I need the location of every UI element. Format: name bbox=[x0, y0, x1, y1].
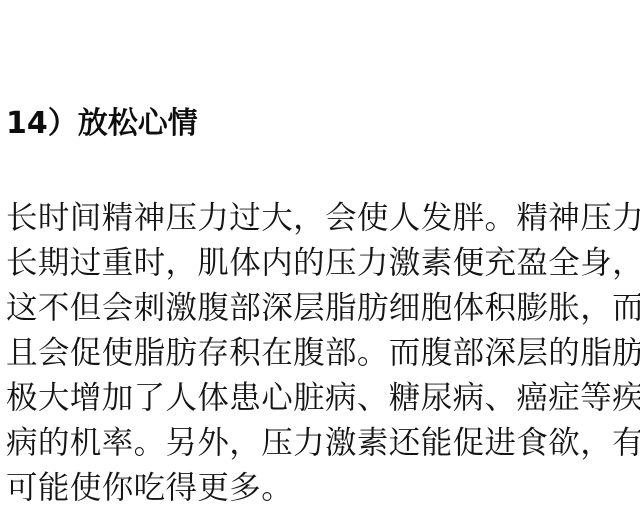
paragraph-line: 且会促使脂肪存积在腹部。而腹部深层的脂肪 bbox=[6, 331, 640, 376]
paragraph-line: 这不但会刺激腹部深层脂肪细胞体积膨胀，而 bbox=[6, 286, 640, 331]
paragraph-line: 可能使你吃得更多。 bbox=[6, 466, 640, 511]
section-heading: 14）放松心情 bbox=[6, 104, 198, 144]
paragraph-line: 病的机率。另外，压力激素还能促进食欲，有 bbox=[6, 421, 640, 466]
paragraph-line: 长时间精神压力过大，会使人发胖。精神压力 bbox=[6, 196, 640, 241]
paragraph-line: 极大增加了人体患心脏病、糖尿病、癌症等疾 bbox=[6, 376, 640, 421]
paragraph: 长时间精神压力过大，会使人发胖。精神压力 长期过重时，肌体内的压力激素便充盈全身… bbox=[6, 196, 640, 511]
paragraph-line: 长期过重时，肌体内的压力激素便充盈全身， bbox=[6, 241, 640, 286]
